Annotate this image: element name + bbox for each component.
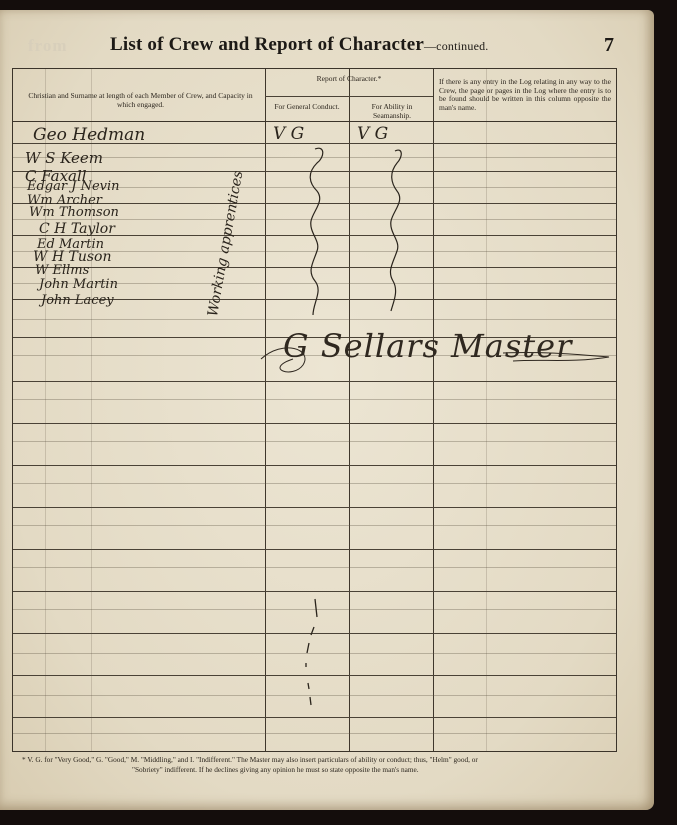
ditto-line-ability <box>383 147 413 317</box>
header-general-conduct: For General Conduct. <box>269 102 345 111</box>
ledger-page: from List of Crew and Report of Characte… <box>0 10 654 810</box>
header-name-column: Christian and Surname at length of each … <box>23 91 258 109</box>
header-report-of-character: Report of Character.* <box>265 74 433 83</box>
crew-name: W S Keem <box>25 149 103 167</box>
footnote-line-2: "Sobriety" indifferent. If he declines g… <box>22 765 622 775</box>
dash-marks <box>303 597 333 717</box>
ditto-line-conduct <box>303 147 333 317</box>
header-ability-seamanship: For Ability in Seamanship. <box>353 102 431 120</box>
crew-name: Edgar J Nevin <box>27 179 120 194</box>
title-main: List of Crew and Report of Character <box>110 34 424 55</box>
title-suffix: —continued. <box>424 39 489 53</box>
bleed-through-text: from <box>28 36 68 56</box>
header-log-entries: If there is any entry in the Log relatin… <box>439 78 611 112</box>
ability-rating: V G <box>357 124 388 144</box>
crew-name: W Ellms <box>35 263 89 278</box>
page-title: List of Crew and Report of Character—con… <box>110 34 489 56</box>
crew-name: John Lacey <box>41 293 114 308</box>
page-number: 7 <box>604 34 614 57</box>
crew-table: Christian and Surname at length of each … <box>12 68 617 752</box>
signature-flourish <box>253 339 593 379</box>
crew-name: Wm Thomson <box>29 205 119 220</box>
footnote: * V. G. for "Very Good," G. "Good," M. "… <box>22 755 622 775</box>
crew-name: Geo Hedman <box>33 125 145 145</box>
capacity-annotation: Working apprentices <box>205 170 246 318</box>
crew-name: C H Taylor <box>39 221 115 237</box>
footnote-line-1: * V. G. for "Very Good," G. "Good," M. "… <box>22 755 622 765</box>
conduct-rating: V G <box>273 124 304 144</box>
crew-name: John Martin <box>39 277 118 292</box>
